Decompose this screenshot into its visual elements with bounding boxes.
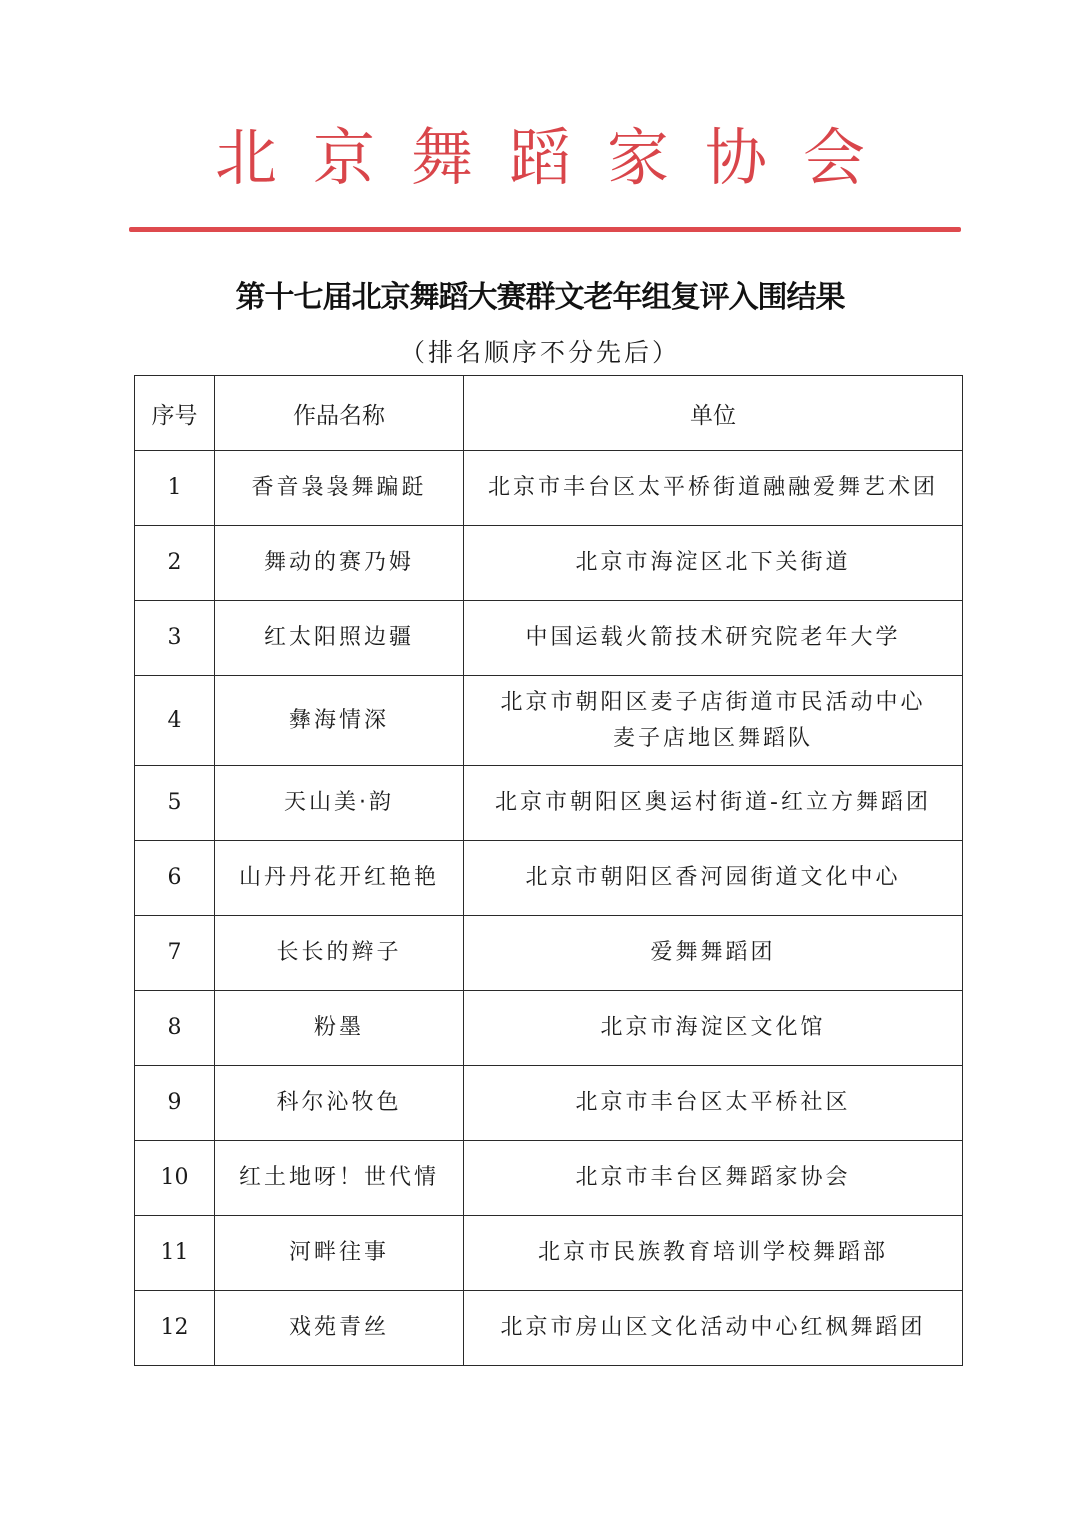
row-work-name: 山丹丹花开红艳艳 bbox=[215, 841, 464, 916]
row-number: 9 bbox=[135, 1066, 215, 1141]
table-header-row: 序号 作品名称 单位 bbox=[135, 376, 963, 451]
row-number: 7 bbox=[135, 916, 215, 991]
row-number: 5 bbox=[135, 766, 215, 841]
row-work-name: 戏苑青丝 bbox=[215, 1291, 464, 1366]
row-number: 2 bbox=[135, 526, 215, 601]
row-unit: 北京市民族教育培训学校舞蹈部 bbox=[464, 1216, 963, 1291]
row-unit-line-2: 麦子店地区舞蹈队 bbox=[468, 721, 958, 757]
row-work-name: 彝海情深 bbox=[215, 676, 464, 766]
row-number: 4 bbox=[135, 676, 215, 766]
table-row: 5 天山美·韵 北京市朝阳区奥运村街道-红立方舞蹈团 bbox=[135, 766, 963, 841]
row-work-name: 香音袅袅舞蹁跹 bbox=[215, 451, 464, 526]
row-number: 6 bbox=[135, 841, 215, 916]
table-row: 3 红太阳照边疆 中国运载火箭技术研究院老年大学 bbox=[135, 601, 963, 676]
header-number: 序号 bbox=[135, 376, 215, 451]
row-number: 8 bbox=[135, 991, 215, 1066]
document-title: 第十七届北京舞蹈大赛群文老年组复评入围结果 bbox=[0, 276, 1080, 320]
letterhead-organization-name: 北京舞蹈家协会 bbox=[0, 118, 1080, 198]
row-unit: 北京市朝阳区香河园街道文化中心 bbox=[464, 841, 963, 916]
row-work-name: 天山美·韵 bbox=[215, 766, 464, 841]
table-row: 8 粉墨 北京市海淀区文化馆 bbox=[135, 991, 963, 1066]
row-unit: 北京市丰台区太平桥街道融融爱舞艺术团 bbox=[464, 451, 963, 526]
table-row: 6 山丹丹花开红艳艳 北京市朝阳区香河园街道文化中心 bbox=[135, 841, 963, 916]
row-number: 12 bbox=[135, 1291, 215, 1366]
header-unit: 单位 bbox=[464, 376, 963, 451]
row-unit-line-1: 北京市朝阳区麦子店街道市民活动中心 bbox=[468, 685, 958, 721]
row-work-name: 长长的辫子 bbox=[215, 916, 464, 991]
row-work-name: 科尔沁牧色 bbox=[215, 1066, 464, 1141]
results-table: 序号 作品名称 单位 1 香音袅袅舞蹁跹 北京市丰台区太平桥街道融融爱舞艺术团 … bbox=[134, 375, 963, 1366]
row-number: 1 bbox=[135, 451, 215, 526]
row-number: 3 bbox=[135, 601, 215, 676]
row-number: 10 bbox=[135, 1141, 215, 1216]
table-row: 2 舞动的赛乃姆 北京市海淀区北下关街道 bbox=[135, 526, 963, 601]
row-unit: 北京市朝阳区奥运村街道-红立方舞蹈团 bbox=[464, 766, 963, 841]
table-row: 1 香音袅袅舞蹁跹 北京市丰台区太平桥街道融融爱舞艺术团 bbox=[135, 451, 963, 526]
table-row: 9 科尔沁牧色 北京市丰台区太平桥社区 bbox=[135, 1066, 963, 1141]
row-work-name: 粉墨 bbox=[215, 991, 464, 1066]
row-number: 11 bbox=[135, 1216, 215, 1291]
table-row: 12 戏苑青丝 北京市房山区文化活动中心红枫舞蹈团 bbox=[135, 1291, 963, 1366]
document-subtitle: （排名顺序不分先后） bbox=[0, 333, 1080, 373]
table-row: 4 彝海情深 北京市朝阳区麦子店街道市民活动中心 麦子店地区舞蹈队 bbox=[135, 676, 963, 766]
table-row: 11 河畔往事 北京市民族教育培训学校舞蹈部 bbox=[135, 1216, 963, 1291]
row-unit: 北京市房山区文化活动中心红枫舞蹈团 bbox=[464, 1291, 963, 1366]
row-work-name: 红太阳照边疆 bbox=[215, 601, 464, 676]
header-work-name: 作品名称 bbox=[215, 376, 464, 451]
row-unit: 北京市朝阳区麦子店街道市民活动中心 麦子店地区舞蹈队 bbox=[464, 676, 963, 766]
row-unit: 北京市丰台区舞蹈家协会 bbox=[464, 1141, 963, 1216]
row-work-name: 河畔往事 bbox=[215, 1216, 464, 1291]
table-row: 10 红土地呀！世代情 北京市丰台区舞蹈家协会 bbox=[135, 1141, 963, 1216]
letterhead-red-divider bbox=[129, 227, 961, 232]
row-work-name: 舞动的赛乃姆 bbox=[215, 526, 464, 601]
table-row: 7 长长的辫子 爱舞舞蹈团 bbox=[135, 916, 963, 991]
row-unit: 爱舞舞蹈团 bbox=[464, 916, 963, 991]
row-unit: 北京市丰台区太平桥社区 bbox=[464, 1066, 963, 1141]
row-work-name: 红土地呀！世代情 bbox=[215, 1141, 464, 1216]
row-unit: 北京市海淀区北下关街道 bbox=[464, 526, 963, 601]
row-unit: 中国运载火箭技术研究院老年大学 bbox=[464, 601, 963, 676]
row-unit: 北京市海淀区文化馆 bbox=[464, 991, 963, 1066]
